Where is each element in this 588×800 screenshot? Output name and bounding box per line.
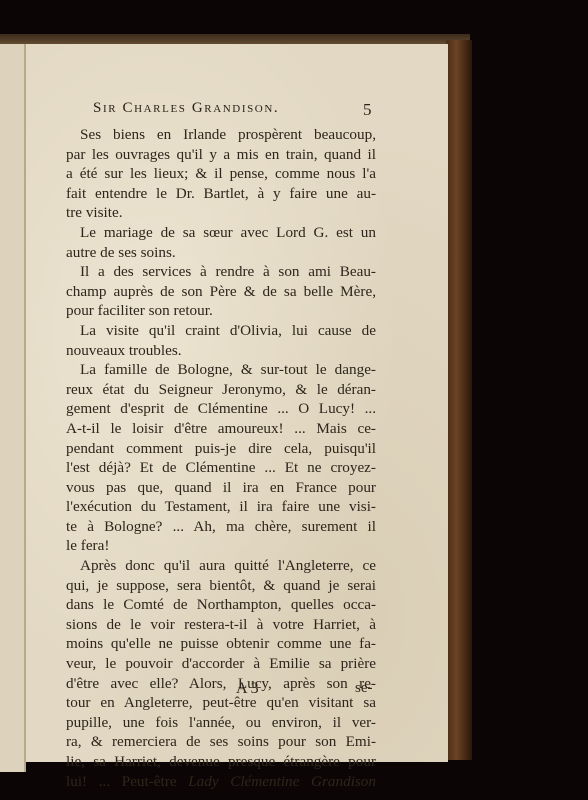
text-line: autre de ses soins. — [66, 243, 376, 263]
previous-page-edge — [0, 44, 26, 772]
text-line: qui, je suppose, sera bientôt, & quand j… — [66, 576, 376, 596]
catchword: se- — [355, 680, 373, 697]
page-body: Ses biens en Irlande prospèrent beaucoup… — [66, 125, 376, 791]
text-line: A-t-il le loisir d'être amoureux! ... Ma… — [66, 419, 376, 439]
signature-mark: A 3 — [236, 680, 259, 698]
text-line: tre visite. — [66, 203, 376, 223]
text-line: fait entendre le Dr. Bartlet, à y faire … — [66, 184, 376, 204]
page-number: 5 — [363, 100, 372, 120]
running-title: Sir Charles Grandison. — [93, 100, 373, 117]
text-line: Le mariage de sa sœur avec Lord G. est u… — [66, 223, 376, 243]
text-line: d'être avec elle? Alors, Lucy, après son… — [66, 674, 376, 694]
text-line: le fera! — [66, 536, 376, 556]
text-line: La visite qu'il craint d'Olivia, lui cau… — [66, 321, 376, 341]
text-line: nouveaux troubles. — [66, 341, 376, 361]
text-line: ra, & remerciera de ses soins pour son E… — [66, 732, 376, 752]
final-line-roman: lui! ... Peut-être — [66, 773, 188, 790]
text-line: moins qu'elle ne puisse obtenir comme un… — [66, 634, 376, 654]
text-line-final: lui! ... Peut-être Lady Clémentine Grand… — [66, 772, 376, 792]
text-line: sions de le voir restera-t-il à votre Ha… — [66, 615, 376, 635]
text-line: dans le Comté de Northampton, quelles oc… — [66, 595, 376, 615]
text-line: Il a des services à rendre à son ami Bea… — [66, 262, 376, 282]
text-line: te à Bologne? ... Ah, ma chère, surement… — [66, 517, 376, 537]
text-line: vous pas que, quand il ira en France pou… — [66, 478, 376, 498]
text-line: pour faciliter son retour. — [66, 301, 376, 321]
text-line: par les ouvrages qu'il y a mis en train,… — [66, 145, 376, 165]
text-line: pendant comment puis-je dire cela, puisq… — [66, 439, 376, 459]
text-line: champ auprès de son Père & de sa belle M… — [66, 282, 376, 302]
text-line: l'exécution du Testament, il ira faire u… — [66, 497, 376, 517]
text-line: gement d'esprit de Clémentine ... O Lucy… — [66, 399, 376, 419]
text-line: Ses biens en Irlande prospèrent beaucoup… — [66, 125, 376, 145]
text-line: a été sur les lieux; & il pense, comme n… — [66, 164, 376, 184]
text-line: Après donc qu'il aura quitté l'Angleterr… — [66, 556, 376, 576]
text-line: l'est déjà? Et de Clémentine ... Et ne c… — [66, 458, 376, 478]
final-line-italic: Lady Clémentine Grandison — [188, 773, 376, 790]
book-binding — [446, 40, 472, 760]
text-line: tour en Angleterre, peut-être qu'en visi… — [66, 693, 376, 713]
text-line: reux état du Seigneur Jeronymo, & le dér… — [66, 380, 376, 400]
text-line: veur, le pouvoir d'accorder à Emilie sa … — [66, 654, 376, 674]
text-line: La famille de Bologne, & sur-tout le dan… — [66, 360, 376, 380]
text-line: pupille, une fois l'année, ou environ, i… — [66, 713, 376, 733]
text-line: lie, sa Harriet, devenue presque étrangè… — [66, 752, 376, 772]
